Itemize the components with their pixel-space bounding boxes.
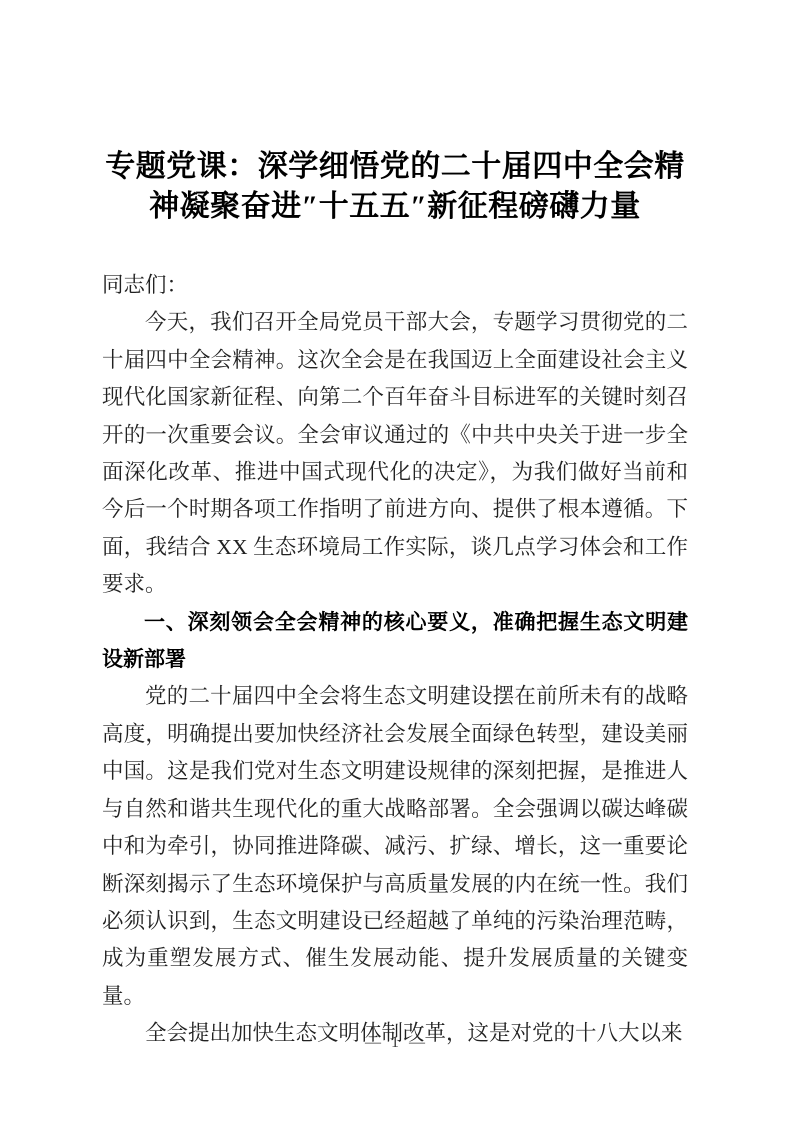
page-number: — 1 — [365, 1034, 428, 1051]
document-title: 专题党课：深学细悟党的二十届四中全会精神凝聚奋进″十五五″新征程磅礴力量 [102, 147, 688, 227]
salutation: 同志们： [102, 267, 688, 304]
paragraph-intro: 今天，我们召开全局党员干部大会，专题学习贯彻党的二十届四中全会精神。这次全会是在… [102, 304, 688, 603]
document-page: 专题党课：深学细悟党的二十届四中全会精神凝聚奋进″十五五″新征程磅礴力量 同志们… [0, 0, 793, 1122]
document-body: 同志们： 今天，我们召开全局党员干部大会，专题学习贯彻党的二十届四中全会精神。这… [102, 267, 688, 1053]
page-footer: — 1 — [0, 1032, 793, 1054]
section-heading-1: 一、深刻领会全会精神的核心要义，准确把握生态文明建设新部署 [102, 604, 688, 679]
paragraph-section1-body: 党的二十届四中全会将生态文明建设摆在前所未有的战略高度，明确提出要加快经济社会发… [102, 678, 688, 1015]
